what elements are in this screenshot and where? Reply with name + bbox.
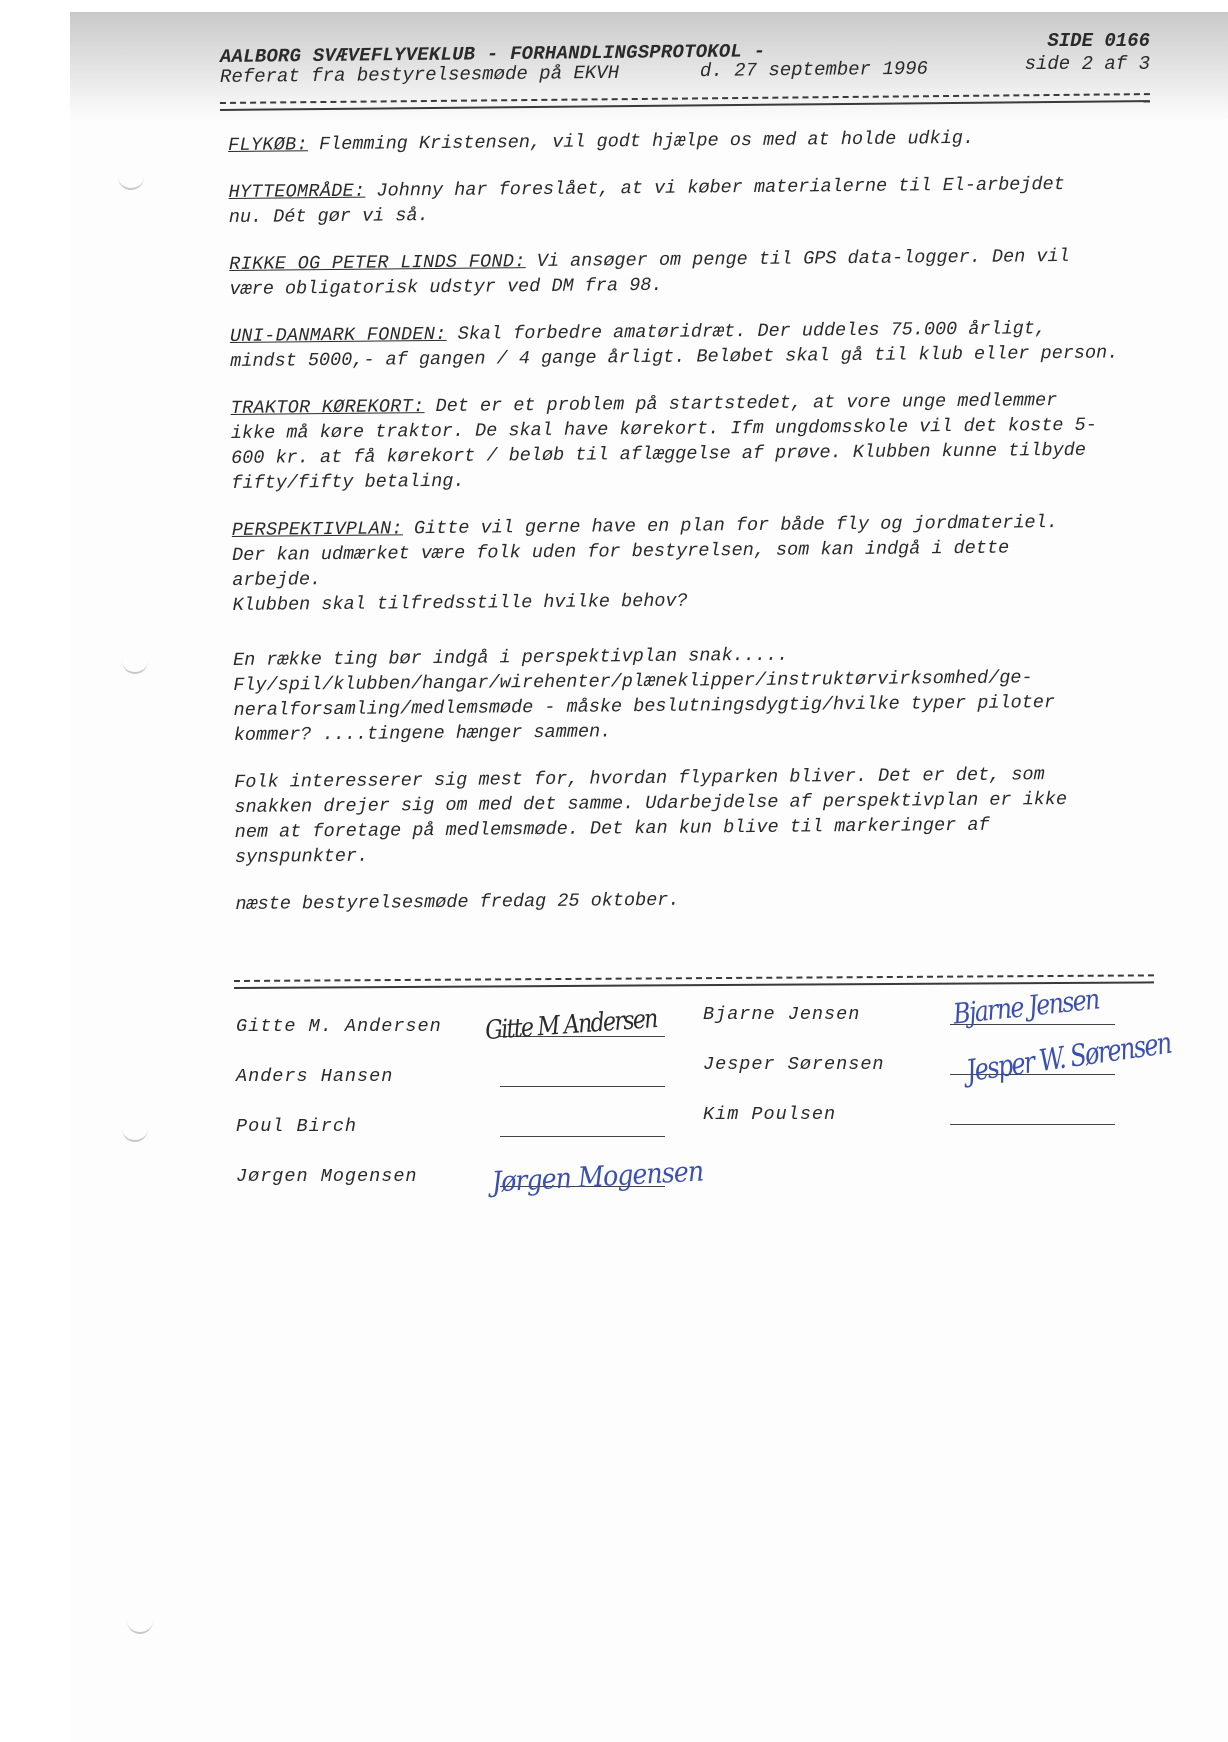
- signatory-name: Anders Hansen: [236, 1066, 393, 1087]
- meeting-date: d. 27 september 1996: [700, 58, 928, 82]
- scan-margin: [0, 0, 70, 1742]
- section-heading: HYTTEOMRÅDE:: [228, 181, 365, 203]
- minutes-paragraph: HYTTEOMRÅDE: Johnny har foreslået, at vi…: [228, 171, 1168, 230]
- signatory-name: Gitte M. Andersen: [236, 1016, 442, 1037]
- signature-line: [500, 1136, 665, 1137]
- minutes-paragraph: UNI-DANMARK FONDEN: Skal forbedre amatør…: [230, 315, 1170, 374]
- signatory-name: Jørgen Mogensen: [236, 1166, 418, 1187]
- side-number: SIDE 0166: [1047, 30, 1150, 52]
- section-heading: TRAKTOR KØREKORT:: [231, 396, 425, 419]
- section-heading: FLYKØB:: [228, 134, 308, 156]
- signatory-name: Jesper Sørensen: [703, 1054, 885, 1075]
- page-of: side 2 af 3: [1025, 53, 1150, 75]
- section-heading: RIKKE OG PETER LINDS FOND:: [229, 251, 526, 275]
- signature-line: [500, 1086, 665, 1087]
- text-line: næste bestyrelsesmøde fredag 25 oktober.: [235, 883, 1175, 917]
- signature-line: [950, 1124, 1115, 1125]
- minutes-paragraph: Folk interesserer sig mest for, hvordan …: [234, 761, 1175, 870]
- minutes-paragraph: næste bestyrelsesmøde fredag 25 oktober.: [235, 883, 1175, 917]
- signatory-name: Kim Poulsen: [703, 1104, 836, 1125]
- minutes-body: FLYKØB: Flemming Kristensen, vil godt hj…: [228, 124, 1176, 939]
- minutes-paragraph: TRAKTOR KØREKORT: Det er et problem på s…: [231, 387, 1172, 496]
- section-heading: UNI-DANMARK FONDEN:: [230, 324, 447, 347]
- meeting-subtitle: Referat fra bestyrelsesmøde på EKVH: [220, 62, 619, 88]
- signatory-name: Poul Birch: [236, 1116, 357, 1137]
- minutes-paragraph: PERSPEKTIVPLAN: Gitte vil gerne have en …: [232, 509, 1173, 618]
- minutes-paragraph: En række ting bør indgå i perspektivplan…: [233, 639, 1174, 748]
- signatory-name: Bjarne Jensen: [703, 1004, 860, 1025]
- section-heading: PERSPEKTIVPLAN:: [232, 518, 403, 541]
- minutes-paragraph: RIKKE OG PETER LINDS FOND: Vi ansøger om…: [229, 243, 1169, 302]
